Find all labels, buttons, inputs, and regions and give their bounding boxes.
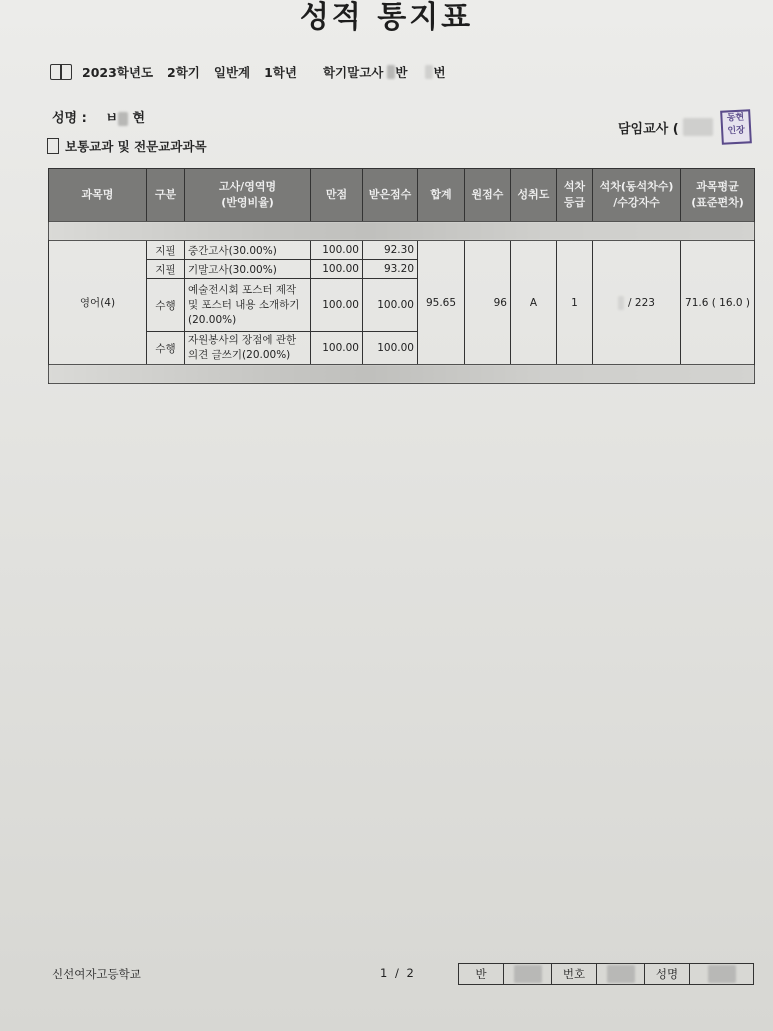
document-icon [47, 138, 59, 154]
school-name: 신선여자고등학교 [52, 966, 141, 982]
raw-score: 96 [465, 241, 511, 365]
exam-info: 2023학년도 2학기 일반계 1학년 학기말고사 반 번 [50, 63, 460, 81]
page-title: 성적 통지표 [0, 0, 773, 36]
grades-table: 과목명 구분 고사/영역명(반영비율) 만점 받은점수 합계 원점수 성취도 석… [48, 168, 755, 384]
redacted-subject-block [49, 222, 755, 241]
col-rank: 석차(동석차수)/수강자수 [593, 169, 681, 222]
exam-name: 학기말고사 [323, 63, 383, 81]
number-label: 번호 [552, 964, 597, 984]
col-raw: 원점수 [465, 169, 511, 222]
rank: / 223 [593, 241, 681, 365]
book-icon [50, 64, 72, 80]
school-year: 2023학년도 [82, 63, 153, 81]
track: 일반계 [214, 63, 250, 81]
table-row-redacted [49, 365, 755, 384]
page-number: 1 / 2 [380, 966, 416, 980]
col-average: 과목평균(표준편차) [681, 169, 755, 222]
section-header: 보통교과 및 전문교과과목 [47, 137, 207, 155]
total-score: 95.65 [418, 241, 465, 365]
col-total: 합계 [418, 169, 465, 222]
seal-stamp-icon: 동현인장 [720, 109, 752, 145]
grade-level: 1학년 [264, 63, 297, 81]
report-card-page: 성적 통지표 2023학년도 2학기 일반계 1학년 학기말고사 반 번 성명 … [0, 0, 773, 1031]
name-label: 성명 : [52, 111, 87, 126]
class-label: 반 [459, 964, 504, 984]
section-title: 보통교과 및 전문교과과목 [65, 137, 207, 155]
table-row: 영어(4) 지필 중간고사(30.00%) 100.00 92.30 95.65… [49, 241, 755, 260]
rank-grade: 1 [557, 241, 593, 365]
redacted-class [387, 65, 395, 79]
semester: 2학기 [167, 63, 200, 81]
name-last: 현 [132, 111, 145, 126]
redacted-number [425, 65, 433, 79]
achievement: A [511, 241, 557, 365]
col-rank-grade: 석차등급 [557, 169, 593, 222]
name-value [690, 964, 753, 984]
col-score: 받은점수 [363, 169, 418, 222]
table-row-redacted [49, 222, 755, 241]
name-label-footer: 성명 [645, 964, 690, 984]
class-suffix: 반 [395, 63, 407, 81]
col-achievement: 성취도 [511, 169, 557, 222]
redacted-name [118, 112, 128, 126]
col-area: 고사/영역명(반영비율) [185, 169, 311, 222]
col-max: 만점 [311, 169, 363, 222]
class-value [504, 964, 552, 984]
subject-average: 71.6 ( 16.0 ) [681, 241, 755, 365]
col-subject: 과목명 [49, 169, 147, 222]
redacted-subject-block [49, 365, 755, 384]
col-type: 구분 [147, 169, 185, 222]
homeroom-teacher: 담임교사 ( 동현인장 [618, 110, 751, 144]
footer-id-box: 반 번호 성명 [458, 963, 754, 985]
table-header-row: 과목명 구분 고사/영역명(반영비율) 만점 받은점수 합계 원점수 성취도 석… [49, 169, 755, 222]
redacted-teacher [683, 118, 713, 136]
subject-name: 영어(4) [49, 241, 147, 365]
number-suffix: 번 [433, 63, 445, 81]
student-name: 성명 : ㅂ 현 [52, 107, 145, 126]
teacher-label: 담임교사 ( [618, 118, 679, 137]
number-value [597, 964, 645, 984]
